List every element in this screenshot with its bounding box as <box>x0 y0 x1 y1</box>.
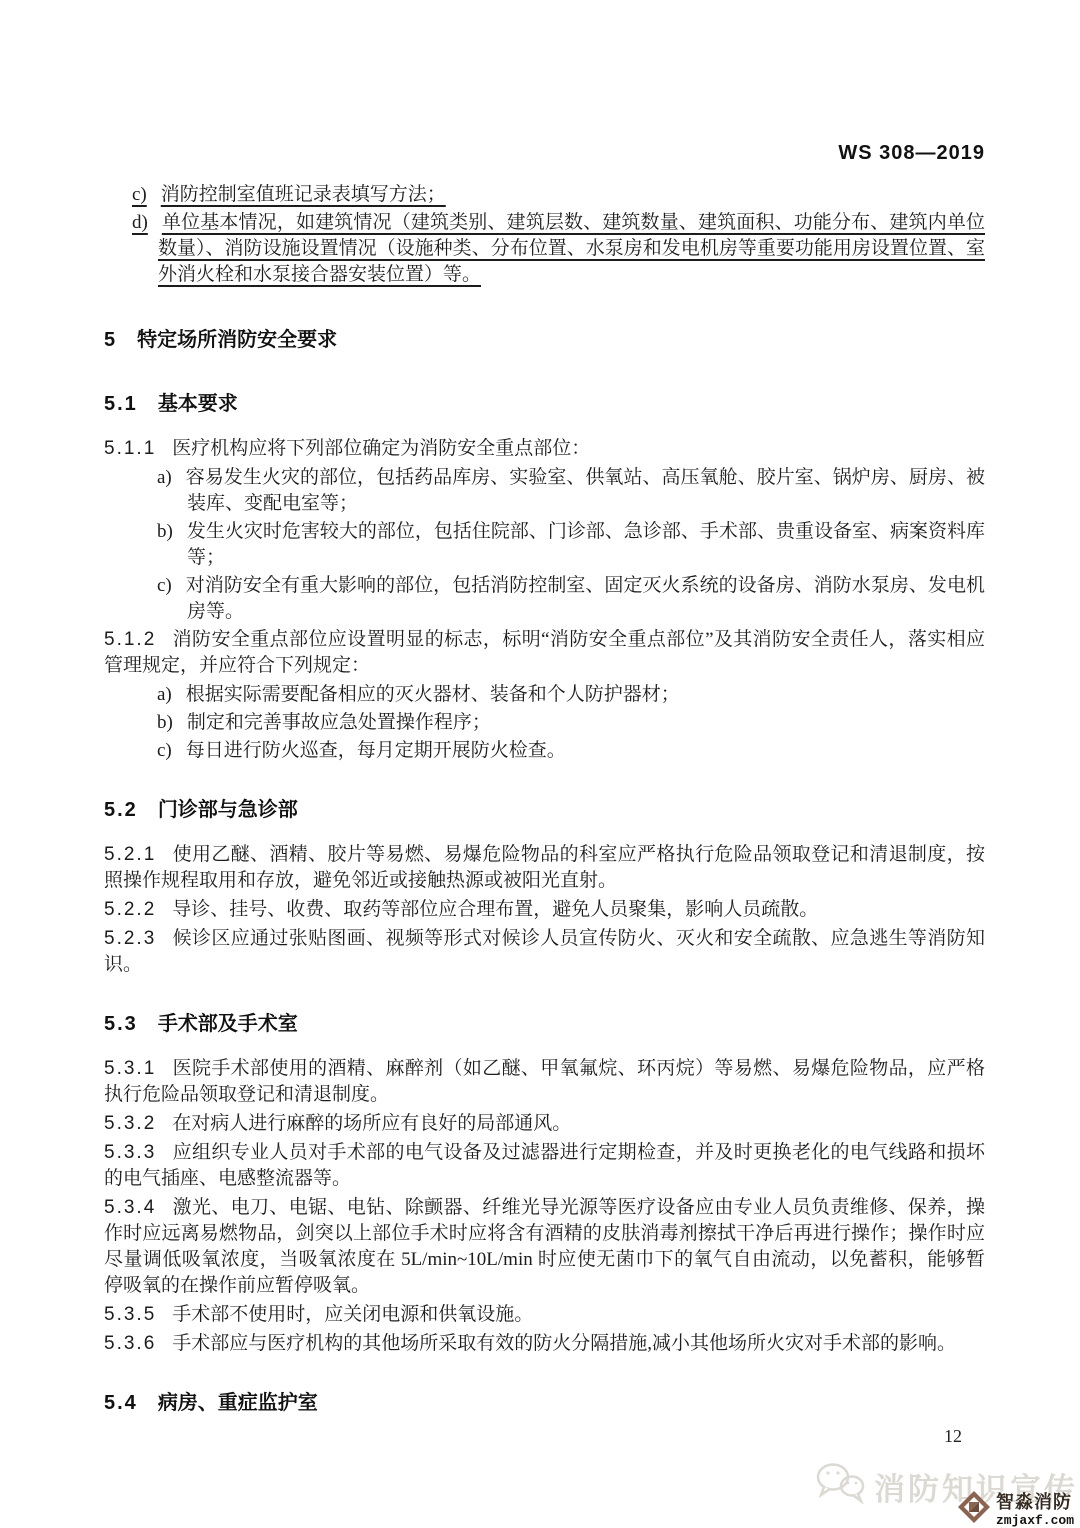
clause-text: 手术部应与医疗机构的其他场所采取有效的防火分隔措施,减小其他场所火灾对手术部的影… <box>172 1333 956 1354</box>
document-page: WS 308—2019 c)消防控制室值班记录表填写方法； d)单位基本情况，如… <box>0 0 1080 1528</box>
list-item: b)发生火灾时危害较大的部位，包括住院部、门诊部、急诊部、手术部、贵重设备室、病… <box>157 519 985 571</box>
wechat-icon <box>814 1460 866 1512</box>
item-text: 每日进行防火巡查，每月定期开展防火检查。 <box>186 740 566 761</box>
clause-number: 5.2.3 <box>104 928 156 949</box>
section-title: 病房、重症监护室 <box>158 1392 318 1414</box>
clause-text: 手术部不使用时，应关闭电源和供氧设施。 <box>172 1304 533 1325</box>
clause-5-2-2: 5.2.2导诊、挂号、收费、取药等部位应合理布置，避免人员聚集，影响人员疏散。 <box>104 897 985 923</box>
section-number: 5.1 <box>104 393 138 415</box>
list-item: a)根据实际需要配备相应的灭火器材、装备和个人防护器材； <box>157 682 985 708</box>
logo-diamond-icon <box>956 1489 992 1528</box>
section-title: 特定场所消防安全要求 <box>137 329 337 351</box>
clause-5-2-1: 5.2.1使用乙醚、酒精、胶片等易燃、易爆危险物品的科室应严格执行危险品领取登记… <box>104 842 985 894</box>
document-content: WS 308—2019 c)消防控制室值班记录表填写方法； d)单位基本情况，如… <box>0 0 1080 1417</box>
item-label: a) <box>157 684 186 705</box>
section-title: 门诊部与急诊部 <box>158 799 298 821</box>
clause-5-3-6: 5.3.6手术部应与医疗机构的其他场所采取有效的防火分隔措施,减小其他场所火灾对… <box>104 1331 985 1357</box>
item-text: 对消防安全有重大影响的部位，包括消防控制室、固定灭火系统的设备房、消防水泵房、发… <box>186 575 985 622</box>
item-label: c) <box>157 740 186 761</box>
section-number: 5.2 <box>104 799 138 821</box>
section-number: 5 <box>104 329 117 351</box>
list-item: c)对消防安全有重大影响的部位，包括消防控制室、固定灭火系统的设备房、消防水泵房… <box>157 573 985 625</box>
standard-code-header: WS 308—2019 <box>104 140 985 166</box>
intro-item-c: c)消防控制室值班记录表填写方法； <box>132 182 985 208</box>
clause-text: 应组织专业人员对手术部的电气设备及过滤器进行定期检查，并及时更换老化的电气线路和… <box>104 1142 985 1189</box>
clause-number: 5.3.6 <box>104 1333 156 1354</box>
clause-text: 医院手术部使用的酒精、麻醉剂（如乙醚、甲氧氟烷、环丙烷）等易燃、易爆危险物品，应… <box>104 1058 985 1105</box>
clause-number: 5.3.5 <box>104 1304 156 1325</box>
clause-text: 使用乙醚、酒精、胶片等易燃、易爆危险物品的科室应严格执行危险品领取登记和清退制度… <box>104 844 985 891</box>
item-label: c) <box>132 184 161 205</box>
page-number: 12 <box>944 1426 962 1447</box>
clause-number: 5.1.1 <box>104 438 156 459</box>
clause-number: 5.2.2 <box>104 899 156 920</box>
item-label: c) <box>157 575 186 596</box>
clause-5-1-2: 5.1.2消防安全重点部位应设置明显的标志，标明“消防安全重点部位”及其消防安全… <box>104 627 985 679</box>
clause-number: 5.1.2 <box>104 629 156 650</box>
clause-text: 医疗机构应将下列部位确定为消防安全重点部位： <box>172 438 590 459</box>
clause-number: 5.3.4 <box>104 1197 156 1218</box>
clause-text: 导诊、挂号、收费、取药等部位应合理布置，避免人员聚集，影响人员疏散。 <box>172 899 818 920</box>
section-heading-5-1: 5.1基本要求 <box>104 390 985 418</box>
item-label: b) <box>157 521 187 542</box>
logo-site: zmjaxf.com <box>996 1514 1074 1527</box>
section-title: 手术部及手术室 <box>158 1013 298 1035</box>
section-heading-5: 5特定场所消防安全要求 <box>104 326 985 354</box>
item-label: d) <box>132 212 162 233</box>
section-number: 5.4 <box>104 1392 138 1414</box>
item-text: 消防控制室值班记录表填写方法； <box>161 184 446 205</box>
clause-number: 5.3.2 <box>104 1113 156 1134</box>
section-heading-5-4: 5.4病房、重症监护室 <box>104 1389 985 1417</box>
clause-5-3-2: 5.3.2在对病人进行麻醉的场所应有良好的局部通风。 <box>104 1111 985 1137</box>
clause-5-3-1: 5.3.1医院手术部使用的酒精、麻醉剂（如乙醚、甲氧氟烷、环丙烷）等易燃、易爆危… <box>104 1056 985 1108</box>
section-heading-5-3: 5.3手术部及手术室 <box>104 1010 985 1038</box>
list-item: a)容易发生火灾的部位，包括药品库房、实验室、供氧站、高压氧舱、胶片室、锅炉房、… <box>157 465 985 517</box>
list-item: b)制定和完善事故应急处置操作程序； <box>157 710 985 736</box>
clause-text: 候诊区应通过张贴图画、视频等形式对候诊人员宣传防火、灭火和安全疏散、应急逃生等消… <box>104 928 985 975</box>
item-text: 单位基本情况，如建筑情况（建筑类别、建筑层数、建筑数量、建筑面积、功能分布、建筑… <box>158 212 985 285</box>
clause-number: 5.2.1 <box>104 844 156 865</box>
clause-text: 激光、电刀、电锯、电钻、除颤器、纤维光导光源等医疗设备应由专业人员负责维修、保养… <box>104 1197 985 1296</box>
clause-number: 5.3.3 <box>104 1142 156 1163</box>
clause-5-3-3: 5.3.3应组织专业人员对手术部的电气设备及过滤器进行定期检查，并及时更换老化的… <box>104 1140 985 1192</box>
clause-text: 在对病人进行麻醉的场所应有良好的局部通风。 <box>172 1113 571 1134</box>
logo-title: 智淼消防 <box>996 1493 1074 1511</box>
clause-5-1-1: 5.1.1医疗机构应将下列部位确定为消防安全重点部位： <box>104 436 985 462</box>
item-label: a) <box>157 467 186 488</box>
clause-5-3-4: 5.3.4激光、电刀、电锯、电钻、除颤器、纤维光导光源等医疗设备应由专业人员负责… <box>104 1195 985 1299</box>
list-item: c)每日进行防火巡查，每月定期开展防火检查。 <box>157 738 985 764</box>
clause-number: 5.3.1 <box>104 1058 156 1079</box>
item-text: 容易发生火灾的部位，包括药品库房、实验室、供氧站、高压氧舱、胶片室、锅炉房、厨房… <box>186 467 985 514</box>
item-text: 发生火灾时危害较大的部位，包括住院部、门诊部、急诊部、手术部、贵重设备室、病案资… <box>187 521 985 568</box>
section-heading-5-2: 5.2门诊部与急诊部 <box>104 796 985 824</box>
clause-5-2-3: 5.2.3候诊区应通过张贴图画、视频等形式对候诊人员宣传防火、灭火和安全疏散、应… <box>104 926 985 978</box>
item-text: 根据实际需要配备相应的灭火器材、装备和个人防护器材； <box>186 684 680 705</box>
company-logo: 智淼消防 zmjaxf.com <box>956 1489 1074 1528</box>
item-text: 制定和完善事故应急处置操作程序； <box>187 712 491 733</box>
section-number: 5.3 <box>104 1013 138 1035</box>
section-title: 基本要求 <box>158 393 238 415</box>
clause-5-3-5: 5.3.5手术部不使用时，应关闭电源和供氧设施。 <box>104 1302 985 1328</box>
intro-item-d: d)单位基本情况，如建筑情况（建筑类别、建筑层数、建筑数量、建筑面积、功能分布、… <box>132 210 985 288</box>
clause-text: 消防安全重点部位应设置明显的标志，标明“消防安全重点部位”及其消防安全责任人，落… <box>104 629 985 676</box>
item-label: b) <box>157 712 187 733</box>
logo-text: 智淼消防 zmjaxf.com <box>996 1493 1074 1527</box>
